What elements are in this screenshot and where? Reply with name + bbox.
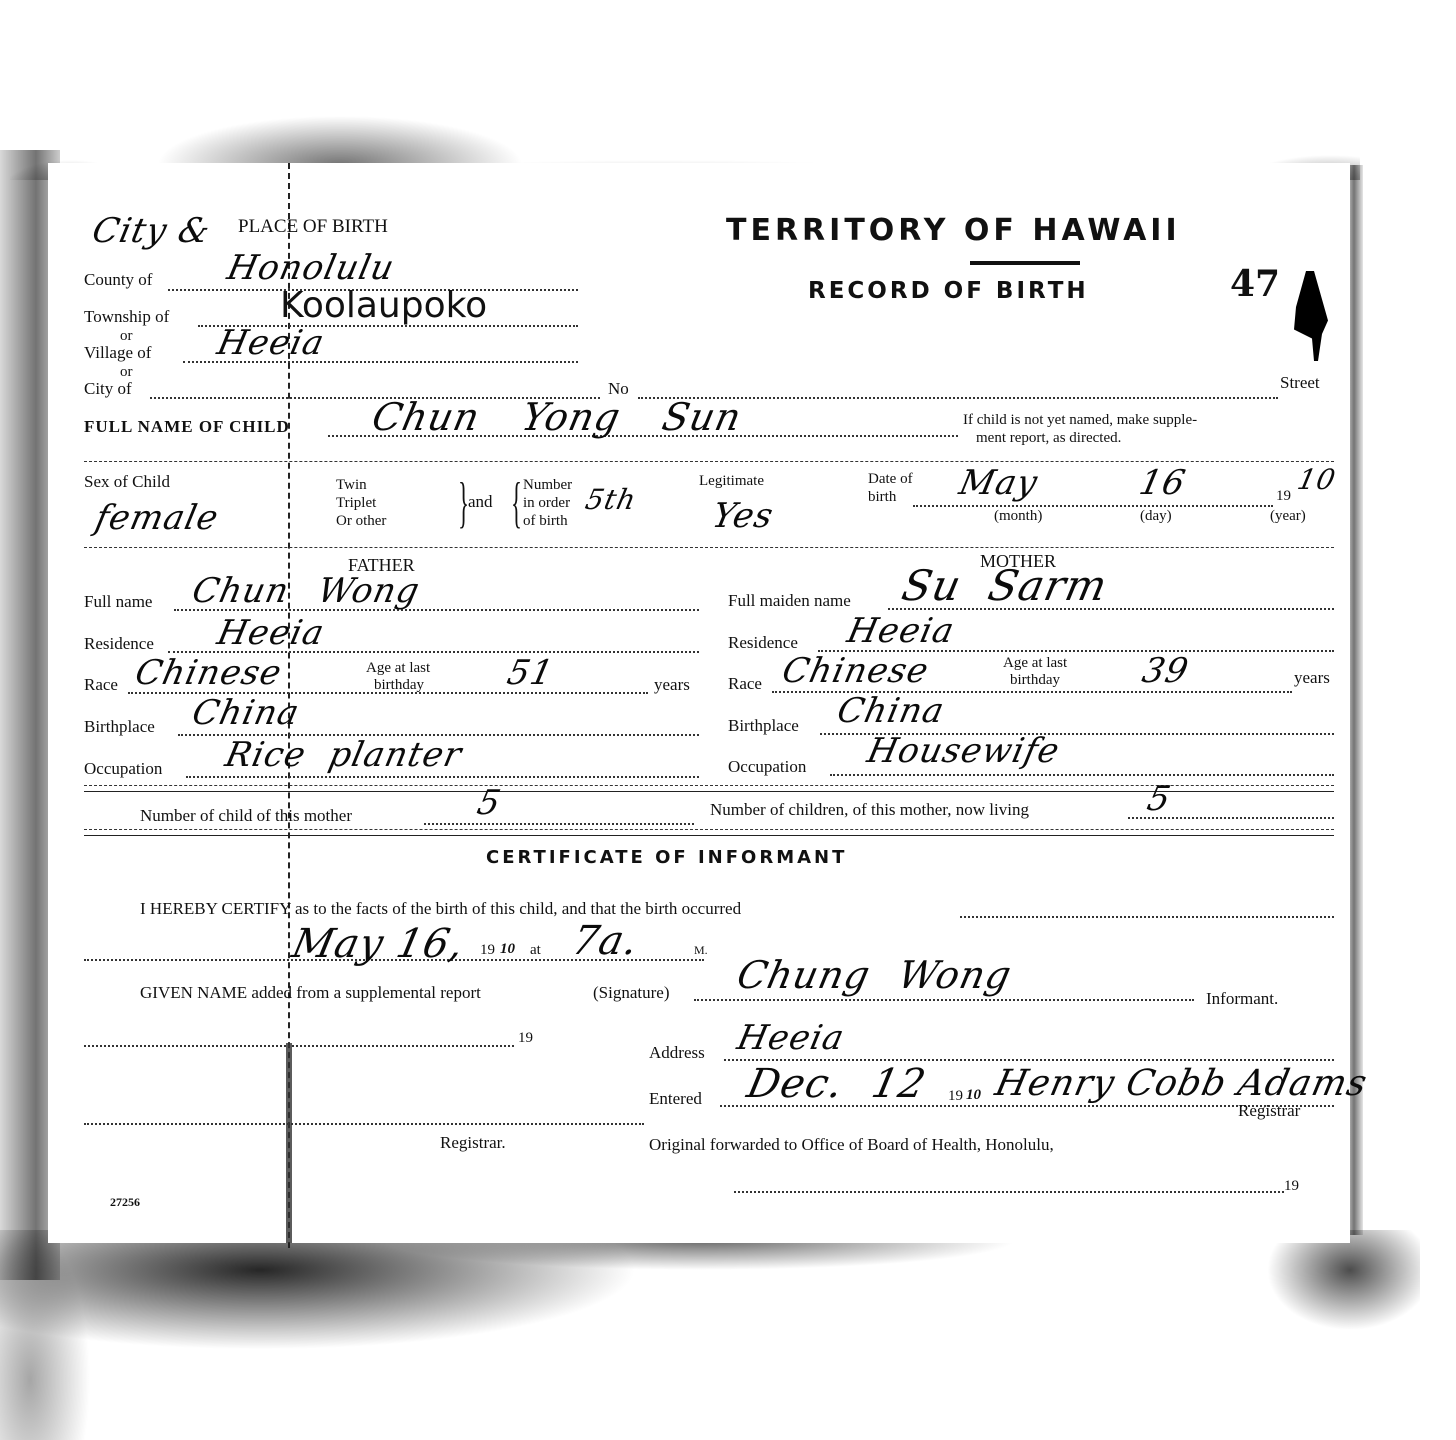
mother-race-label: Race <box>728 674 762 694</box>
signature-value: Chung Wong <box>733 953 1015 997</box>
registrar-label-left: Registrar. <box>440 1133 506 1153</box>
mother-residence-label: Residence <box>728 633 798 653</box>
not-named-note-1: If child is not yet named, make supple- <box>963 411 1197 429</box>
father-age-label: Age at last <box>366 659 430 677</box>
father-occupation-value: Rice planter <box>222 735 466 775</box>
mother-age-value: 39 <box>1139 651 1193 691</box>
dob-line <box>913 505 1273 507</box>
address-value: Heeia <box>734 1018 849 1058</box>
divider <box>84 829 1334 830</box>
number-label: Number <box>523 476 572 494</box>
occurred-year-value: 10 <box>500 940 515 958</box>
informant-label: Informant. <box>1206 989 1278 1009</box>
sex-label: Sex of Child <box>84 472 170 492</box>
father-birthplace-label: Birthplace <box>84 717 155 737</box>
ink-blot <box>1290 271 1330 361</box>
township-label: Township of <box>84 307 169 327</box>
father-age-value: 51 <box>504 653 558 693</box>
occurred-line <box>960 916 1334 918</box>
county-prefix-value: City & <box>89 211 214 251</box>
certify-text: I HEREBY CERTIFY as to the facts of the … <box>140 899 741 919</box>
mother-birthplace-label: Birthplace <box>728 716 799 736</box>
sex-value: female <box>92 498 223 538</box>
record-number: 47 <box>1230 263 1280 305</box>
signature-line <box>694 999 1194 1001</box>
village-value: Heeia <box>214 323 329 363</box>
entered-label: Entered <box>649 1089 702 1109</box>
village-label: Village of <box>84 343 151 363</box>
legitimate-label: Legitimate <box>699 472 764 490</box>
mother-birthplace-value: China <box>834 691 948 731</box>
mother-race-value: Chinese <box>779 651 933 691</box>
father-occupation-label: Occupation <box>84 759 162 779</box>
entered-date-value: Dec. 12 <box>743 1061 930 1107</box>
birth-record-card: TERRITORY OF HAWAII RECORD OF BIRTH 47 P… <box>48 163 1350 1243</box>
form-number: 27256 <box>110 1195 140 1210</box>
township-value: Koolaupoko <box>280 285 487 326</box>
birth-order-value: 5th <box>582 483 639 516</box>
divider <box>84 461 1334 462</box>
and-label: and <box>468 492 493 512</box>
dob-year-prefix: 19 <box>1276 487 1291 505</box>
father-race-label: Race <box>84 675 118 695</box>
father-name-value: Chun Wong <box>189 571 424 611</box>
registrar-label: Registrar <box>1238 1101 1300 1121</box>
dob-label-2: birth <box>868 488 896 506</box>
legitimate-value: Yes <box>709 496 778 536</box>
divider <box>84 791 1334 792</box>
city-label: City of <box>84 379 132 399</box>
title-underline <box>970 261 1080 265</box>
occurred-year-prefix: 19 <box>480 941 495 959</box>
registrar-line-left <box>84 1123 644 1125</box>
registrar-signature: Henry Cobb Adams <box>992 1063 1371 1104</box>
child-of-mother-label: Number of child of this mother <box>140 806 352 826</box>
child-of-mother-value: 5 <box>474 783 505 823</box>
father-race-value: Chinese <box>132 653 286 693</box>
divider <box>84 835 1334 836</box>
day-caption: (day) <box>1140 507 1172 525</box>
supplemental-line <box>84 1045 514 1047</box>
m-label: M. <box>694 943 708 958</box>
brace-left: { <box>511 475 522 531</box>
triplet-label: Triplet <box>336 494 376 512</box>
county-value: Honolulu <box>224 248 399 288</box>
other-label: Or other <box>336 512 386 530</box>
year-caption: (year) <box>1270 507 1306 525</box>
children-living-label: Number of children, of this mother, now … <box>710 800 1029 820</box>
occurred-time-value: 7a. <box>568 918 643 964</box>
dob-day: 16 <box>1136 463 1190 503</box>
father-years-label: years <box>654 675 690 695</box>
mother-occupation-line <box>830 774 1334 776</box>
child-name-value: Chun Yong Sun <box>368 395 745 439</box>
father-occupation-line <box>186 776 699 778</box>
forwarded-text: Original forwarded to Office of Board of… <box>649 1135 1054 1155</box>
dob-label: Date of <box>868 470 913 488</box>
twin-label: Twin <box>336 476 367 494</box>
child-of-mother-line <box>424 823 694 825</box>
occurred-date-value: May 16, <box>288 921 469 967</box>
father-birthplace-value: China <box>189 693 303 733</box>
month-caption: (month) <box>994 507 1042 525</box>
county-label: County of <box>84 270 152 290</box>
mother-occupation-label: Occupation <box>728 757 806 777</box>
mother-residence-value: Heeia <box>844 611 959 651</box>
not-named-note-2: ment report, as directed. <box>976 429 1121 447</box>
document-subtitle: RECORD OF BIRTH <box>808 278 1089 304</box>
scan-shadow-bottom <box>0 1230 1420 1440</box>
mother-name-label: Full maiden name <box>728 591 851 611</box>
of-birth-label: of birth <box>523 512 568 530</box>
divider <box>84 547 1334 548</box>
mother-age-label-2: birthday <box>1010 671 1060 689</box>
mother-years-label: years <box>1294 668 1330 688</box>
supplemental-year: 19 <box>518 1029 533 1047</box>
mother-name-value: Su Sarm <box>898 561 1112 610</box>
fold-shadow <box>286 1043 292 1243</box>
given-name-label: GIVEN NAME added from a supplemental rep… <box>140 983 481 1003</box>
in-order-label: in order <box>523 494 570 512</box>
dob-month: May <box>956 463 1042 503</box>
document-title: TERRITORY OF HAWAII <box>726 213 1181 248</box>
dob-year: 10 <box>1294 463 1339 496</box>
child-name-label: FULL NAME OF CHILD <box>84 417 290 437</box>
signature-label: (Signature) <box>593 983 669 1003</box>
mother-occupation-value: Housewife <box>864 731 1064 771</box>
father-name-label: Full name <box>84 592 152 612</box>
at-label: at <box>530 941 541 959</box>
divider <box>84 785 1334 786</box>
forwarded-year: 19 <box>1284 1177 1299 1195</box>
entered-year-prefix: 19 <box>948 1087 963 1105</box>
certificate-heading: CERTIFICATE OF INFORMANT <box>486 847 847 868</box>
place-of-birth-heading: PLACE OF BIRTH <box>238 216 388 238</box>
street-label: Street <box>1280 373 1320 393</box>
forwarded-line <box>734 1191 1284 1193</box>
father-residence-label: Residence <box>84 634 154 654</box>
address-label: Address <box>649 1043 705 1063</box>
father-residence-value: Heeia <box>214 613 329 653</box>
entered-year-value: 10 <box>966 1086 981 1104</box>
father-age-label-2: birthday <box>374 676 424 694</box>
mother-age-label: Age at last <box>1003 654 1067 672</box>
